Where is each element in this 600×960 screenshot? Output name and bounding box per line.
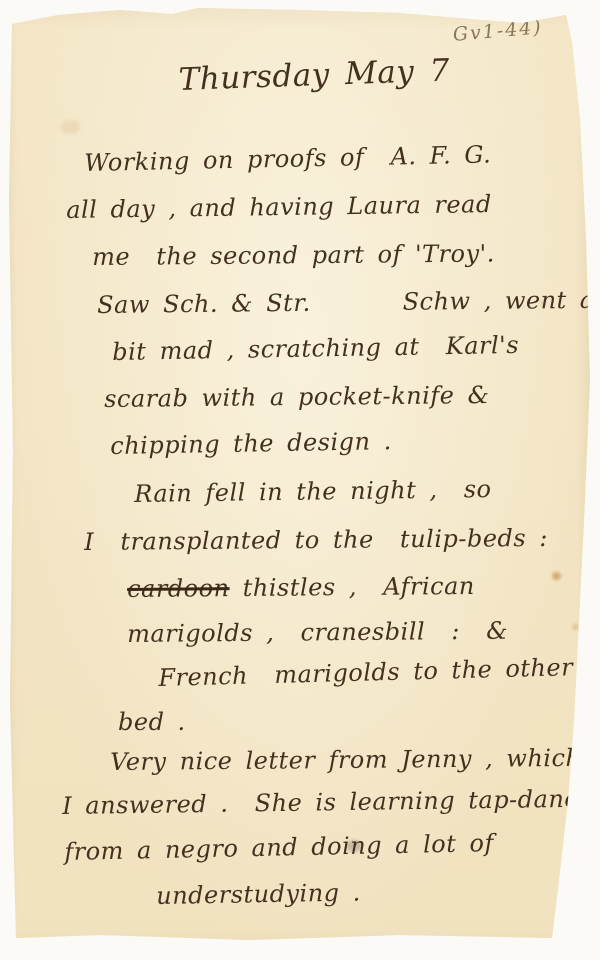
handwritten-line: I transplanted to the tulip-beds : — [84, 523, 548, 557]
handwritten-line-with-strikethrough: cardoon thistles , African — [127, 571, 475, 604]
handwritten-line: Working on proofs of A. F. G. — [84, 139, 492, 178]
handwritten-line: Saw Sch. & Str. Schw , went a — [97, 285, 595, 320]
foxing-spot — [552, 572, 561, 580]
struck-out-word: cardoon — [127, 574, 230, 603]
handwritten-line: I answered . She is learning tap-dancing — [62, 783, 600, 821]
paper-discoloration — [60, 120, 80, 134]
handwritten-line: bit mad , scratching at Karl's — [112, 330, 519, 367]
diary-entry-date-heading: Thursday May 7 — [178, 53, 450, 98]
paper-sheet: Gv1-44) Thursday May 7 Working on proofs… — [0, 0, 600, 960]
handwritten-line: chipping the design . — [110, 426, 392, 461]
handwritten-line: me the second part of 'Troy'. — [92, 238, 495, 272]
handwritten-line: Rain fell in the night , so — [134, 474, 492, 509]
handwritten-line: scarab with a pocket-knife & — [104, 380, 490, 414]
scanned-document: Gv1-44) Thursday May 7 Working on proofs… — [0, 0, 600, 960]
handwritten-line: understudying . — [156, 877, 361, 911]
handwritten-line: French marigolds to the other — [158, 652, 573, 693]
handwritten-line: marigolds , cranesbill : & — [127, 616, 508, 649]
archive-reference-mark: Gv1-44) — [452, 16, 544, 46]
foxing-spot — [572, 624, 579, 630]
handwritten-line: bed . — [118, 707, 186, 737]
line-remainder: thistles , African — [229, 572, 474, 602]
handwritten-line: all day , and having Laura read — [66, 189, 492, 225]
handwritten-line: Very nice letter from Jenny , which — [110, 743, 582, 777]
handwritten-line: from a negro and doing a lot of — [64, 828, 494, 867]
